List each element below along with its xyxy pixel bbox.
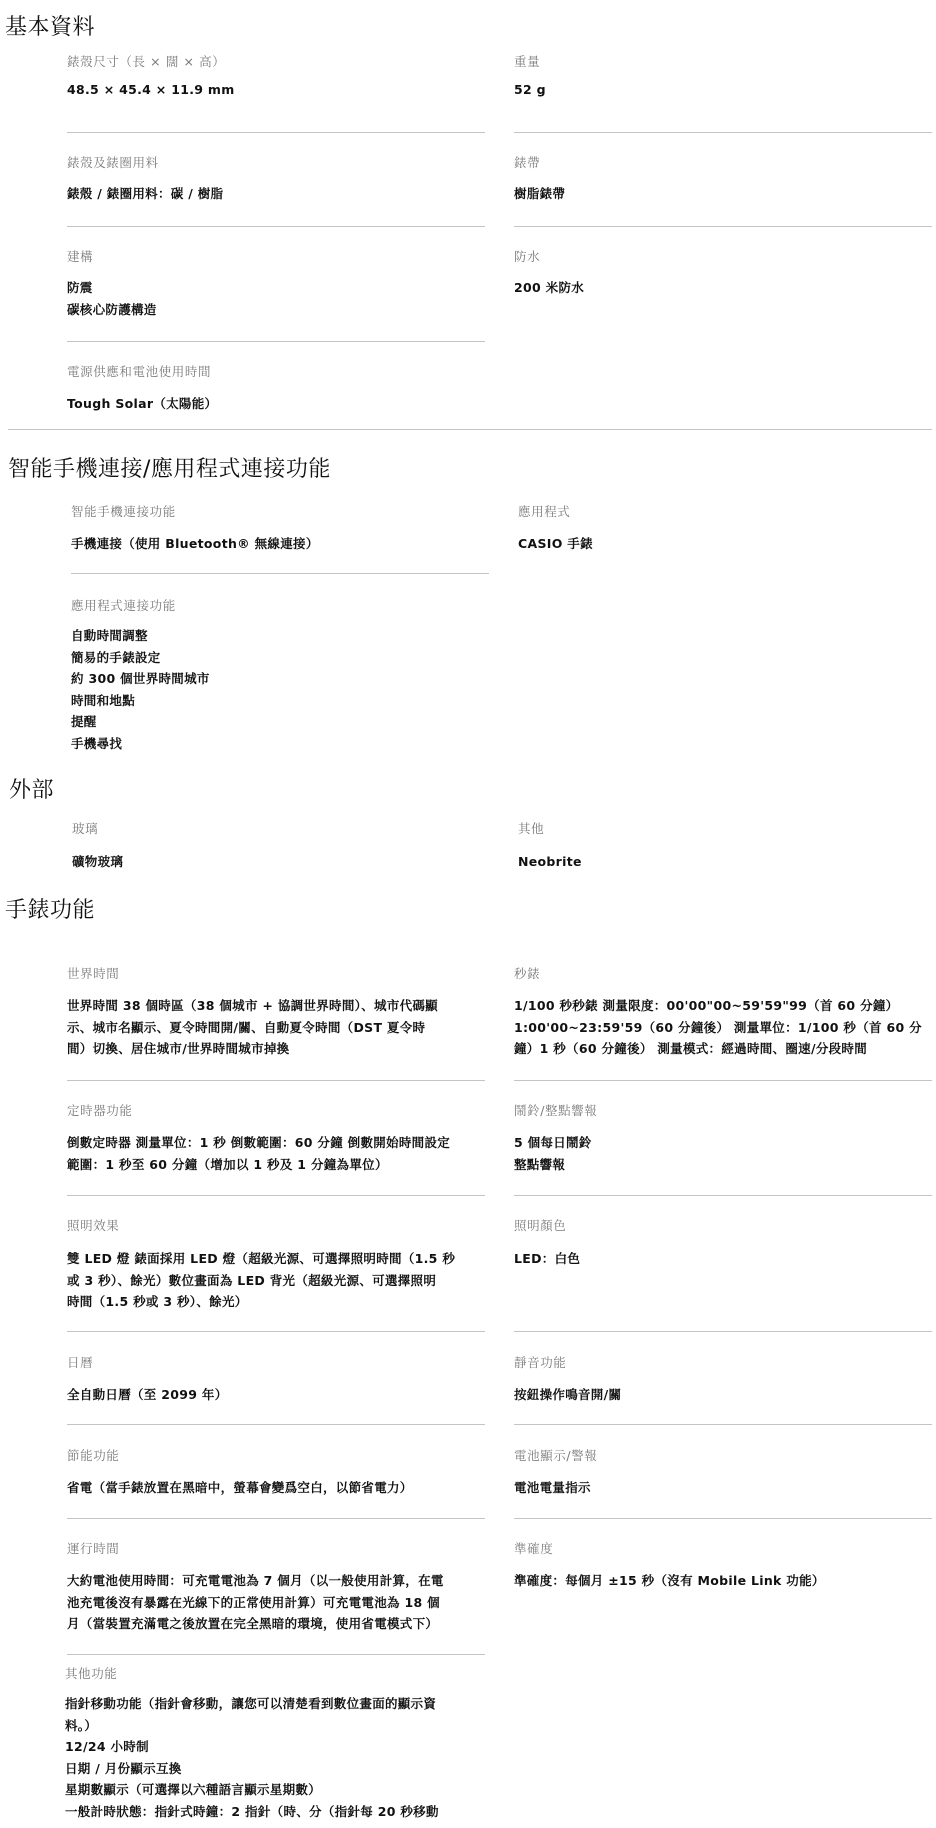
glass-value: 礦物玻璃 xyxy=(72,851,123,873)
power-saving-label: 節能功能 xyxy=(67,1446,119,1464)
divider xyxy=(67,226,485,227)
divider xyxy=(67,132,485,133)
app-functions-label: 應用程式連接功能 xyxy=(71,596,176,614)
illumination-line: 時間（1.5 秒或 3 秒）、餘光） xyxy=(67,1291,455,1313)
world-time-line: 間）切換、居住城市/世界時間城市掉換 xyxy=(67,1038,438,1060)
app-label: 應用程式 xyxy=(518,502,570,520)
app-function-item: 提醒 xyxy=(71,711,210,733)
other-function-item: 12/24 小時制 xyxy=(65,1736,439,1758)
stopwatch-line: 1:00'00~23:59'59（60 分鐘後） 測量單位：1/100 秒（首 … xyxy=(514,1017,922,1039)
app-function-item: 手機尋找 xyxy=(71,733,210,755)
other-function-item: 指針移動功能（指針會移動，讓您可以清楚看到數位畫面的顯示資 xyxy=(65,1693,439,1715)
stopwatch-label: 秒錶 xyxy=(514,964,540,982)
calendar-value: 全自動日曆（至 2099 年） xyxy=(67,1384,228,1406)
section-title-functions: 手錶功能 xyxy=(5,893,95,924)
section-divider xyxy=(8,429,932,430)
illumination-value: 雙 LED 燈 錶面採用 LED 燈（超級光源、可選擇照明時間（1.5 秒 或 … xyxy=(67,1248,455,1313)
case-size-value: 48.5 × 45.4 × 11.9 mm xyxy=(67,79,235,101)
accuracy-value: 準確度：每個月 ±15 秒（沒有 Mobile Link 功能） xyxy=(514,1570,825,1592)
world-time-label: 世界時間 xyxy=(67,964,119,982)
timer-line: 範圍：1 秒至 60 分鐘（增加以 1 秒及 1 分鐘為單位） xyxy=(67,1154,450,1176)
exterior-other-label: 其他 xyxy=(518,819,544,837)
water-resistance-value: 200 米防水 xyxy=(514,277,584,299)
case-material-label: 錶殼及錶圈用料 xyxy=(67,153,159,171)
section-title-connect: 智能手機連接/應用程式連接功能 xyxy=(8,452,331,483)
illumination-line: 雙 LED 燈 錶面採用 LED 燈（超級光源、可選擇照明時間（1.5 秒 xyxy=(67,1248,455,1270)
band-value: 樹脂錶帶 xyxy=(514,183,565,205)
accuracy-label: 準確度 xyxy=(514,1539,553,1557)
light-color-label: 照明顏色 xyxy=(514,1216,566,1234)
divider xyxy=(67,341,485,342)
calendar-label: 日曆 xyxy=(67,1353,93,1371)
timer-line: 倒數定時器 測量單位：1 秒 倒數範圍：60 分鐘 倒數開始時間設定 xyxy=(67,1132,450,1154)
divider xyxy=(67,1518,485,1519)
other-function-item: 一般計時狀態：指針式時鐘：2 指針（時、分（指針每 20 秒移動 xyxy=(65,1801,439,1823)
construction-value: 防震 碳核心防護構造 xyxy=(67,277,157,320)
glass-label: 玻璃 xyxy=(72,819,98,837)
divider xyxy=(514,1080,932,1081)
mute-value: 按鈕操作鳴音開/關 xyxy=(514,1384,621,1406)
illumination-line: 或 3 秒）、餘光）數位畫面為 LED 背光（超級光源、可選擇照明 xyxy=(67,1270,455,1292)
battery-label: 電池顯示/警報 xyxy=(514,1446,597,1464)
mute-label: 靜音功能 xyxy=(514,1353,566,1371)
smartphone-link-value: 手機連接（使用 Bluetooth® 無線連接） xyxy=(71,533,319,555)
app-function-item: 約 300 個世界時間城市 xyxy=(71,668,210,690)
other-functions-list: 指針移動功能（指針會移動，讓您可以清楚看到數位畫面的顯示資 料。） 12/24 … xyxy=(65,1693,439,1822)
divider xyxy=(67,1195,485,1196)
timer-label: 定時器功能 xyxy=(67,1101,133,1119)
divider xyxy=(514,1195,932,1196)
other-functions-label: 其他功能 xyxy=(65,1664,117,1682)
app-value: CASIO 手錶 xyxy=(518,533,593,555)
water-resistance-label: 防水 xyxy=(514,247,540,265)
divider xyxy=(67,1080,485,1081)
weight-value: 52 g xyxy=(514,79,546,101)
divider xyxy=(514,132,932,133)
stopwatch-value: 1/100 秒秒錶 測量限度：00'00"00~59'59"99（首 60 分鐘… xyxy=(514,995,922,1060)
world-time-value: 世界時間 38 個時區（38 個城市 + 協調世界時間）、城市代碼顯 示、城市名… xyxy=(67,995,438,1060)
divider xyxy=(71,573,489,574)
illumination-label: 照明效果 xyxy=(67,1216,119,1234)
stopwatch-line: 1/100 秒秒錶 測量限度：00'00"00~59'59"99（首 60 分鐘… xyxy=(514,995,922,1017)
power-label: 電源供應和電池使用時間 xyxy=(67,362,211,380)
battery-value: 電池電量指示 xyxy=(514,1477,591,1499)
weight-label: 重量 xyxy=(514,52,540,70)
app-function-item: 自動時間調整 xyxy=(71,625,210,647)
world-time-line: 世界時間 38 個時區（38 個城市 + 協調世界時間）、城市代碼顯 xyxy=(67,995,438,1017)
alarm-line: 整點響報 xyxy=(514,1154,592,1176)
alarm-label: 鬧鈴/整點響報 xyxy=(514,1101,597,1119)
other-function-item: 料。） xyxy=(65,1715,439,1737)
runtime-line: 池充電後沒有暴露在光線下的正常使用計算）可充電電池為 18 個 xyxy=(67,1592,444,1614)
case-size-label: 錶殼尺寸（長 × 闊 × 高） xyxy=(67,52,225,70)
construction-line: 碳核心防護構造 xyxy=(67,299,157,321)
light-color-value: LED：白色 xyxy=(514,1248,580,1270)
other-function-item: 日期 / 月份顯示互換 xyxy=(65,1758,439,1780)
runtime-label: 運行時間 xyxy=(67,1539,119,1557)
timer-value: 倒數定時器 測量單位：1 秒 倒數範圍：60 分鐘 倒數開始時間設定 範圍：1 … xyxy=(67,1132,450,1175)
exterior-other-value: Neobrite xyxy=(518,851,582,873)
runtime-value: 大約電池使用時間：可充電電池為 7 個月（以一般使用計算，在電 池充電後沒有暴露… xyxy=(67,1570,444,1635)
app-functions-list: 自動時間調整 簡易的手錶設定 約 300 個世界時間城市 時間和地點 提醒 手機… xyxy=(71,625,210,754)
runtime-line: 大約電池使用時間：可充電電池為 7 個月（以一般使用計算，在電 xyxy=(67,1570,444,1592)
divider xyxy=(67,1331,485,1332)
runtime-line: 月（當裝置充滿電之後放置在完全黑暗的環境，使用省電模式下） xyxy=(67,1613,444,1635)
band-label: 錶帶 xyxy=(514,153,540,171)
divider xyxy=(67,1424,485,1425)
app-function-item: 時間和地點 xyxy=(71,690,210,712)
power-value: Tough Solar（太陽能） xyxy=(67,393,217,415)
divider xyxy=(514,1331,932,1332)
alarm-line: 5 個每日鬧鈴 xyxy=(514,1132,592,1154)
divider xyxy=(514,226,932,227)
section-title-basic: 基本資料 xyxy=(5,10,95,41)
divider xyxy=(514,1518,932,1519)
divider xyxy=(514,1424,932,1425)
other-function-item: 星期數顯示（可選擇以六種語言顯示星期數） xyxy=(65,1779,439,1801)
section-title-exterior: 外部 xyxy=(9,773,54,804)
case-material-value: 錶殼 / 錶圈用料：碳 / 樹脂 xyxy=(67,183,223,205)
divider xyxy=(67,1654,485,1655)
construction-line: 防震 xyxy=(67,277,157,299)
construction-label: 建構 xyxy=(67,247,93,265)
stopwatch-line: 鐘）1 秒（60 分鐘後） 測量模式：經過時間、圈速/分段時間 xyxy=(514,1038,922,1060)
app-function-item: 簡易的手錶設定 xyxy=(71,647,210,669)
alarm-value: 5 個每日鬧鈴 整點響報 xyxy=(514,1132,592,1175)
world-time-line: 示、城市名顯示、夏令時間開/關、自動夏令時間（DST 夏令時 xyxy=(67,1017,438,1039)
power-saving-value: 省電（當手錶放置在黑暗中，螢幕會變爲空白，以節省電力） xyxy=(67,1477,413,1499)
smartphone-link-label: 智能手機連接功能 xyxy=(71,502,176,520)
